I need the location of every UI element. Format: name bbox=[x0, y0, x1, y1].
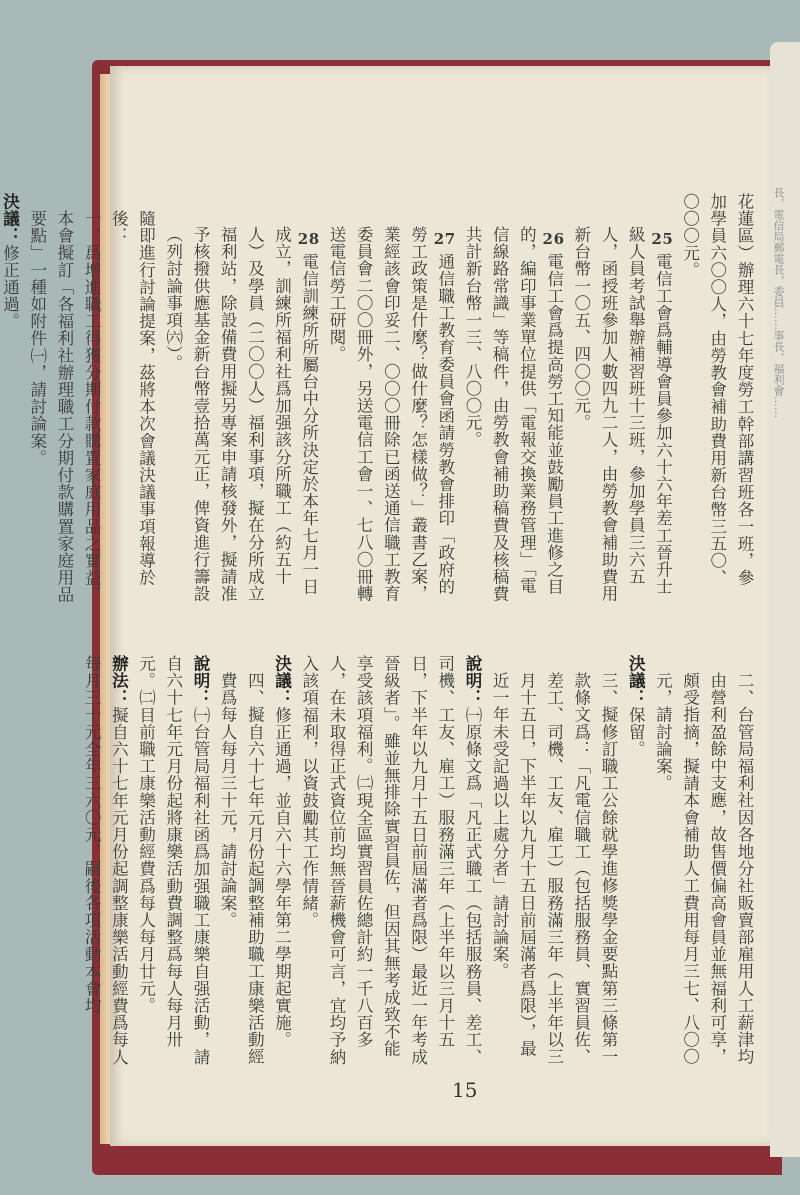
resolution-text: 修正通過，並自六十六學年第二學期起實施。 bbox=[273, 706, 292, 1048]
resolution-label: 決議： bbox=[626, 655, 645, 706]
resolution-1: 決議：修正通過。 bbox=[0, 193, 24, 603]
paragraph-text: 電信工會爲提高勞工知能並鼓勵員工進修之目的，編印事業單位提供「電報交換業務管理」… bbox=[463, 226, 564, 602]
explanation-3: 說明：㈠原條文爲「凡正式職工（包括服務員、差工、司機、工友、雇工）服務滿三年（上… bbox=[296, 655, 486, 1073]
paragraph-text: 電信訓練所所屬台中分所決定於本年七月一日成立，訓練所福利社爲加强該分所職工（約五… bbox=[164, 226, 319, 602]
explanation-text: ㈠原條文爲「凡正式職工（包括服務員、差工、司機、工友、雇工）服務滿三年（上半年以… bbox=[300, 655, 482, 1065]
method-text: 擬自六十七年元月份起調整康樂活動經費爲每人每月三十元全年三六〇元，嗣後各項活動本… bbox=[82, 655, 128, 1065]
item-number: 27 bbox=[434, 226, 456, 253]
paragraph-transition: 隨即進行討論提案，茲將本次會議決議事項報導於後： bbox=[105, 193, 159, 603]
facing-page-text: 長，電信局郵電長，委員……事長，福利會…… bbox=[772, 187, 784, 807]
paragraph-continuation: 花蓮區）辦理六十七年度勞工幹部講習班各一班，參加學員六〇〇人，由勞教會補助費用新… bbox=[676, 193, 758, 603]
facing-page: 長，電信局郵電長，委員……事長，福利會…… bbox=[770, 42, 800, 1157]
upper-text-section: 花蓮區）辦理六十七年度勞工幹部講習班各一班，參加學員六〇〇人，由勞教會補助費用新… bbox=[118, 193, 758, 603]
paragraph-item-27: 27通信職工教育委員會函請勞教會排印「政府的勞工政策是什麼？做什麼？怎樣做？」叢… bbox=[323, 193, 459, 603]
item-number: 25 bbox=[651, 226, 673, 253]
proposal-2: 二、台管局福利社因各地分社販賣部雇用人工薪津均由營利盈餘中支應，故售價偏高會員並… bbox=[649, 655, 758, 1073]
item-number: 26 bbox=[543, 226, 565, 253]
page-number: 15 bbox=[452, 1078, 477, 1102]
resolution-text: 保留。 bbox=[626, 706, 645, 757]
resolution-2: 決議：保留。 bbox=[622, 655, 649, 1073]
paragraph-item-28: 28電信訓練所所屬台中分所決定於本年七月一日成立，訓練所福利社爲加强該分所職工（… bbox=[160, 193, 323, 603]
method-4: 辦法：擬自六十七年元月份起調整康樂活動經費爲每人每月三十元全年三六〇元，嗣後各項… bbox=[78, 655, 132, 1073]
item-number: 28 bbox=[298, 226, 320, 253]
resolution-text: 修正通過。 bbox=[1, 244, 20, 330]
proposal-1: 一、爲增進職工得獲分期付款購置家庭用品之實益，本會擬訂「各福利社辦理職工分期付款… bbox=[24, 193, 106, 603]
explanation-text: ㈠台管局福利社函爲加强職工康樂自强活動，請自六十七年元月份起將康樂活動費調整爲每… bbox=[137, 655, 210, 1065]
resolution-label: 決議： bbox=[273, 655, 292, 706]
explanation-label: 說明： bbox=[463, 655, 482, 706]
method-label: 辦法： bbox=[109, 655, 128, 706]
proposal-4: 四、擬自六十七年元月份起調整補助職工康樂活動經費爲每人每月三十元，請討論案。 bbox=[214, 655, 268, 1073]
explanation-label: 說明： bbox=[191, 655, 210, 706]
paragraph-text: 電信工會爲輔導會員參加六十六年差工晉升士級人員考試舉辦補習班十三班，參加學員三六… bbox=[572, 226, 673, 602]
proposal-3: 三、擬修訂職工公餘就學進修獎學金要點第三條第一款條文爲：「凡電信職工（包括服務員… bbox=[486, 655, 622, 1073]
lower-text-section: 二、台管局福利社因各地分社販賣部雇用人工薪津均由營利盈餘中支應，故售價偏高會員並… bbox=[138, 655, 758, 1073]
resolution-label: 決議： bbox=[1, 193, 20, 244]
resolution-3: 決議：修正通過，並自六十六學年第二學期起實施。 bbox=[268, 655, 295, 1073]
paragraph-item-25: 25電信工會爲輔導會員參加六十六年差工晉升士級人員考試舉辦補習班十三班，參加學員… bbox=[568, 193, 677, 603]
paragraph-item-26: 26電信工會爲提高勞工知能並鼓勵員工進修之目的，編印事業單位提供「電報交換業務管… bbox=[459, 193, 568, 603]
paragraph-text: 通信職工教育委員會函請勞教會排印「政府的勞工政策是什麼？做什麼？怎樣做？」叢書乙… bbox=[327, 226, 455, 602]
explanation-4: 說明：㈠台管局福利社函爲加强職工康樂自强活動，請自六十七年元月份起將康樂活動費調… bbox=[132, 655, 214, 1073]
